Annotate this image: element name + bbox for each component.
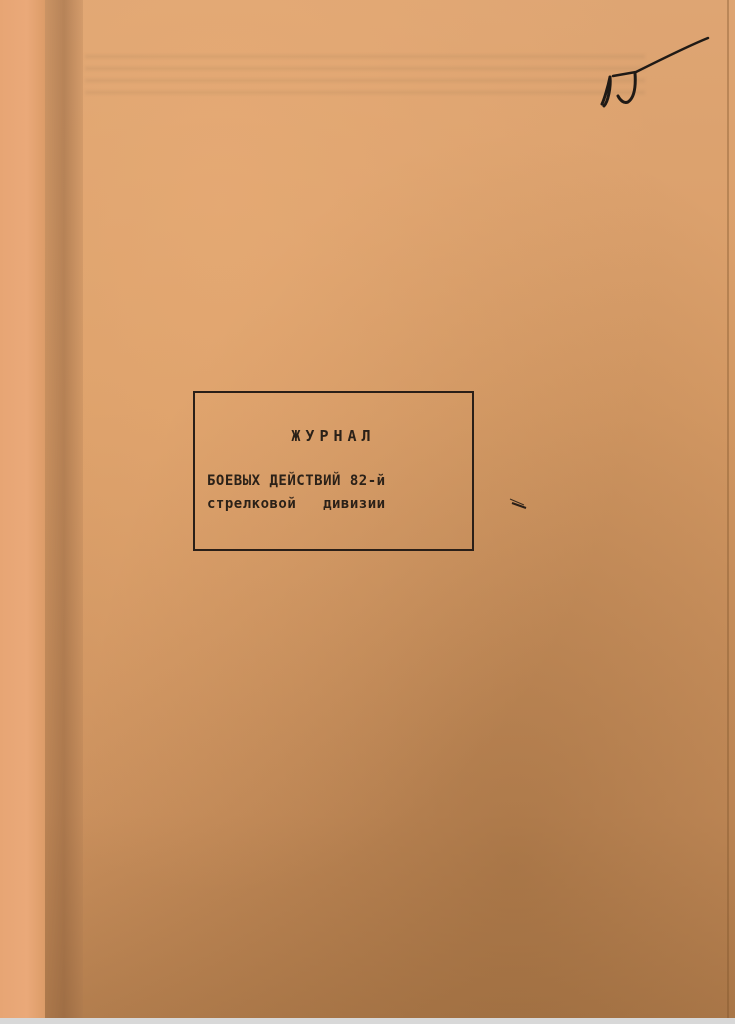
scan-bottom-border [0, 1018, 735, 1024]
binding-strip [45, 0, 83, 1018]
page-number-glyph-icon [598, 32, 713, 112]
document-page: ЖУРНАЛ БОЕВЫХ ДЕЙСТВИЙ 82-й стрелковой д… [0, 0, 735, 1018]
bleed-through-text [85, 55, 645, 95]
handwritten-page-number [598, 32, 713, 112]
journal-subtitle-line-2: стрелковой дивизии [207, 496, 386, 512]
journal-subtitle-line-1: БОЕВЫХ ДЕЙСТВИЙ 82-й [207, 473, 386, 489]
page-right-edge [727, 0, 729, 1018]
binding-edge [0, 0, 45, 1018]
ink-mark [508, 495, 528, 509]
title-box: ЖУРНАЛ БОЕВЫХ ДЕЙСТВИЙ 82-й стрелковой д… [193, 391, 474, 551]
journal-heading: ЖУРНАЛ [195, 427, 472, 445]
